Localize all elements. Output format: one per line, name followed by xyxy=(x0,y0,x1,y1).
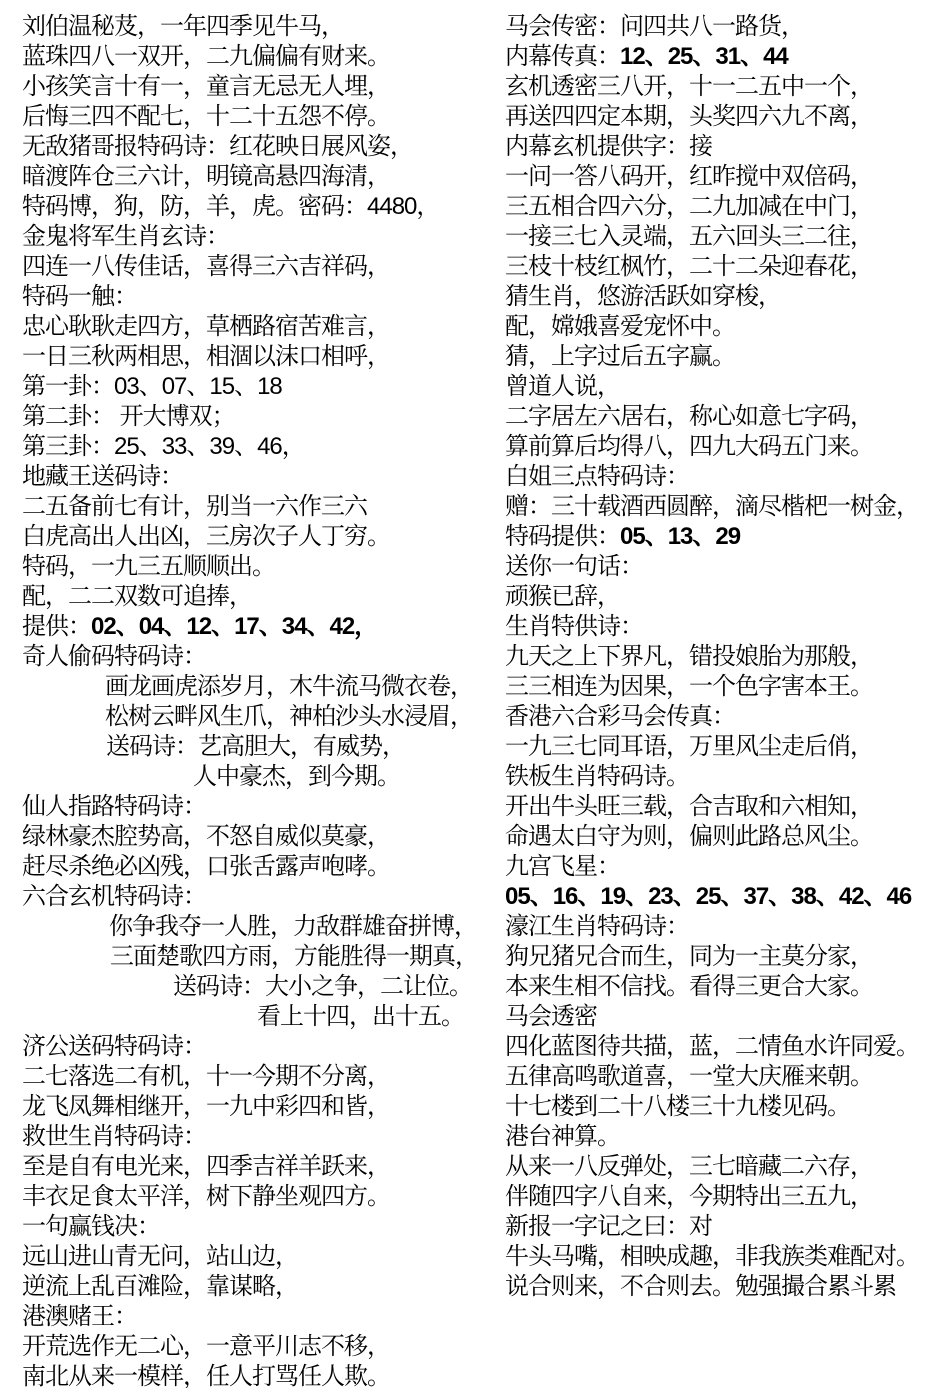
text-segment: 一接三七入灵端，五六回头三二往， xyxy=(505,223,873,250)
text-line: 配，二二双数可追捧， xyxy=(22,582,484,612)
text-segment: 五律高鸣歌道喜，一堂大庆雁来朝。 xyxy=(505,1063,873,1090)
text-line: 人中豪杰，到今期。 xyxy=(22,762,484,792)
text-line: 白姐三点特码诗： xyxy=(505,462,930,492)
text-line: 金鬼将军生肖玄诗： xyxy=(22,222,484,252)
text-line: 赠：三十载酒西圆醉，滴尽楷杷一树金， xyxy=(505,492,930,522)
text-line: 狗兄猪兄合而生，同为一主莫分家， xyxy=(505,942,930,972)
text-segment: 逆流上乱百滩险，靠谋略， xyxy=(22,1273,298,1300)
text-segment: 远山进山青无问，站山边， xyxy=(22,1243,298,1270)
text-segment: 算前算后均得八，四九大码五门来。 xyxy=(505,433,873,460)
text-line: 济公送码特码诗： xyxy=(22,1032,484,1062)
text-segment: 六合玄机特码诗： xyxy=(22,883,206,910)
text-line: 三三相连为因果，一个色字害本王。 xyxy=(505,672,930,702)
text-segment: 画龙画虎添岁月，木牛流马微衣卷， xyxy=(105,673,473,700)
text-line: 马会传密：问四共八一路货， xyxy=(505,12,930,42)
text-segment: 蓝珠四八一双开，二九偏偏有财来。 xyxy=(22,43,390,70)
text-segment: 05、13、29 xyxy=(620,523,740,550)
text-line: 奇人偷码特码诗： xyxy=(22,642,484,672)
text-line: 一接三七入灵端，五六回头三二往， xyxy=(505,222,930,252)
text-segment: 第三卦：25、33、39、46， xyxy=(22,433,305,460)
text-line: 仙人指路特码诗： xyxy=(22,792,484,822)
text-line: 送你一句话： xyxy=(505,552,930,582)
text-line: 送码诗：艺高胆大，有威势， xyxy=(22,732,484,762)
text-segment: 送码诗：艺高胆大，有威势， xyxy=(106,733,405,760)
text-line: 刘伯温秘芨，一年四季见牛马， xyxy=(22,12,484,42)
text-segment: 香港六合彩马会传真： xyxy=(505,703,735,730)
text-line: 九天之上下界凡，错投娘胎为那般， xyxy=(505,642,930,672)
text-segment: 配，嫦娥喜爱宠怀中。 xyxy=(505,313,735,340)
text-segment: 地藏王送码诗： xyxy=(22,463,183,490)
text-line: 伴随四字八自来，今期特出三五九， xyxy=(505,1182,930,1212)
text-segment: 白虎高出人出凶，三房次子人丁穷。 xyxy=(22,523,390,550)
text-line: 说合则来，不合则去。勉强撮合累斗累 xyxy=(505,1272,930,1302)
text-segment: 从来一八反弹处，三七暗藏二六存， xyxy=(505,1153,873,1180)
text-line: 05、16、19、23、25、37、38、42、46 xyxy=(505,882,930,912)
text-segment: 一日三秋两相思，相涸以沫口相呼， xyxy=(22,343,390,370)
text-line: 蓝珠四八一双开，二九偏偏有财来。 xyxy=(22,42,484,72)
text-line: 忠心耿耿走四方，草栖路宿苦难言， xyxy=(22,312,484,342)
text-segment: 12、25、31、44 xyxy=(620,43,788,70)
text-segment: 南北从来一模样，任人打骂任人欺。 xyxy=(22,1363,390,1388)
text-segment: 看上十四，出十五。 xyxy=(257,1003,464,1030)
text-segment: 本来生相不信找。看得三更合大家。 xyxy=(505,973,873,1000)
text-segment: 至是自有电光来，四季吉祥羊跃来， xyxy=(22,1153,390,1180)
text-segment: 再送四四定本期，头奖四六九不离， xyxy=(505,103,873,130)
text-line: 二五备前七有计，别当一六作三六 xyxy=(22,492,484,522)
text-line: 送码诗：大小之争，二让位。 xyxy=(22,972,484,1002)
text-segment: 救世生肖特码诗： xyxy=(22,1123,206,1150)
text-segment: 小孩笑言十有一，童言无忌无人埋， xyxy=(22,73,390,100)
text-segment: 特码博，狗，防，羊，虎。密码：4480， xyxy=(22,193,439,220)
text-line: 远山进山青无问，站山边， xyxy=(22,1242,484,1272)
text-line: 六合玄机特码诗： xyxy=(22,882,484,912)
text-segment: 曾道人说， xyxy=(505,373,620,400)
text-line: 至是自有电光来，四季吉祥羊跃来， xyxy=(22,1152,484,1182)
text-line: 四连一八传佳话，喜得三六吉祥码， xyxy=(22,252,484,282)
text-segment: 二字居左六居右，称心如意七字码， xyxy=(505,403,873,430)
text-line: 提供：02、04、12、17、34、42， xyxy=(22,612,484,642)
text-line: 特码，一九三五顺顺出。 xyxy=(22,552,484,582)
text-line: 港澳赌王： xyxy=(22,1302,484,1332)
text-line: 三五相合四六分，二九加减在中门， xyxy=(505,192,930,222)
text-line: 十七楼到二十八楼三十九楼见码。 xyxy=(505,1092,930,1122)
text-line: 玄机透密三八开，十一二五中一个， xyxy=(505,72,930,102)
document-page: 刘伯温秘芨，一年四季见牛马，蓝珠四八一双开，二九偏偏有财来。小孩笑言十有一，童言… xyxy=(0,0,935,1388)
text-segment: 猜，上字过后五字赢。 xyxy=(505,343,735,370)
text-segment: 松树云畔风生爪，神柏沙头水浸眉， xyxy=(105,703,473,730)
text-segment: 二七落选二有机，十一今期不分离， xyxy=(22,1063,390,1090)
text-line: 命遇太白守为则，偏则此路总风尘。 xyxy=(505,822,930,852)
text-line: 二七落选二有机，十一今期不分离， xyxy=(22,1062,484,1092)
text-segment: 你争我夺一人胜，力敌群雄奋拼博， xyxy=(109,913,477,940)
text-line: 开荒选作无二心，一意平川志不移， xyxy=(22,1332,484,1362)
text-segment: 绿林豪杰腔势高，不怒自威似莫豪， xyxy=(22,823,390,850)
text-line: 曾道人说， xyxy=(505,372,930,402)
text-segment: 说合则来，不合则去。勉强撮合累斗累 xyxy=(505,1273,896,1300)
text-line: 逆流上乱百滩险，靠谋略， xyxy=(22,1272,484,1302)
text-segment: 港澳赌王： xyxy=(22,1303,137,1330)
text-segment: 送你一句话： xyxy=(505,553,643,580)
text-line: 第三卦：25、33、39、46， xyxy=(22,432,484,462)
text-line: 第二卦： 开大博双； xyxy=(22,402,484,432)
text-segment: 四连一八传佳话，喜得三六吉祥码， xyxy=(22,253,390,280)
text-segment: 送码诗：大小之争，二让位。 xyxy=(173,973,472,1000)
text-line: 三面楚歌四方雨，方能胜得一期真， xyxy=(22,942,484,972)
text-segment: 开出牛头旺三载，合吉取和六相知， xyxy=(505,793,873,820)
text-segment: 开荒选作无二心，一意平川志不移， xyxy=(22,1333,390,1360)
text-line: 特码一触： xyxy=(22,282,484,312)
text-line: 救世生肖特码诗： xyxy=(22,1122,484,1152)
text-segment: 第一卦：03、07、15、18 xyxy=(22,373,282,400)
left-column: 刘伯温秘芨，一年四季见牛马，蓝珠四八一双开，二九偏偏有财来。小孩笑言十有一，童言… xyxy=(22,12,484,1388)
text-line: 内幕传真：12、25、31、44 xyxy=(505,42,930,72)
text-line: 画龙画虎添岁月，木牛流马微衣卷， xyxy=(22,672,484,702)
text-line: 一问一答八码开，红昨搅中双倍码， xyxy=(505,162,930,192)
text-line: 绿林豪杰腔势高，不怒自威似莫豪， xyxy=(22,822,484,852)
text-line: 南北从来一模样，任人打骂任人欺。 xyxy=(22,1362,484,1388)
text-segment: 人中豪杰，到今期。 xyxy=(193,763,400,790)
text-segment: 第二卦： 开大博双； xyxy=(22,403,235,430)
text-segment: 三五相合四六分，二九加减在中门， xyxy=(505,193,873,220)
text-segment: 九宫飞星： xyxy=(505,853,620,880)
text-segment: 新报一字记之曰：对 xyxy=(505,1213,712,1240)
text-line: 濠江生肖特码诗： xyxy=(505,912,930,942)
text-segment: 济公送码特码诗： xyxy=(22,1033,206,1060)
text-segment: 仙人指路特码诗： xyxy=(22,793,206,820)
text-segment: 龙飞凤舞相继开，一九中彩四和皆， xyxy=(22,1093,390,1120)
text-line: 你争我夺一人胜，力敌群雄奋拼博， xyxy=(22,912,484,942)
text-segment: 马会透密 xyxy=(505,1003,597,1030)
text-line: 丰衣足食太平洋，树下静坐观四方。 xyxy=(22,1182,484,1212)
text-segment: 马会传密：问四共八一路货， xyxy=(505,13,804,40)
text-segment: 特码，一九三五顺顺出。 xyxy=(22,553,275,580)
text-line: 配，嫦娥喜爱宠怀中。 xyxy=(505,312,930,342)
text-segment: 三三相连为因果，一个色字害本王。 xyxy=(505,673,873,700)
text-line: 从来一八反弹处，三七暗藏二六存， xyxy=(505,1152,930,1182)
text-line: 特码提供：05、13、29 xyxy=(505,522,930,552)
text-line: 一日三秋两相思，相涸以沫口相呼， xyxy=(22,342,484,372)
text-segment: 命遇太白守为则，偏则此路总风尘。 xyxy=(505,823,873,850)
text-line: 再送四四定本期，头奖四六九不离， xyxy=(505,102,930,132)
text-line: 四化蓝图待共描，蓝，二情鱼水许同爱。 xyxy=(505,1032,930,1062)
text-line: 猜生肖，悠游活跃如穿梭， xyxy=(505,282,930,312)
text-line: 算前算后均得八，四九大码五门来。 xyxy=(505,432,930,462)
text-line: 开出牛头旺三载，合吉取和六相知， xyxy=(505,792,930,822)
text-line: 猜，上字过后五字赢。 xyxy=(505,342,930,372)
text-line: 新报一字记之曰：对 xyxy=(505,1212,930,1242)
text-segment: 丰衣足食太平洋，树下静坐观四方。 xyxy=(22,1183,390,1210)
text-segment: 赠：三十载酒西圆醉，滴尽楷杷一树金， xyxy=(505,493,919,520)
text-segment: 狗兄猪兄合而生，同为一主莫分家， xyxy=(505,943,873,970)
right-column: 马会传密：问四共八一路货，内幕传真：12、25、31、44玄机透密三八开，十一二… xyxy=(505,12,930,1302)
text-segment: 奇人偷码特码诗： xyxy=(22,643,206,670)
text-line: 港台神算。 xyxy=(505,1122,930,1152)
text-line: 本来生相不信找。看得三更合大家。 xyxy=(505,972,930,1002)
text-line: 铁板生肖特码诗。 xyxy=(505,762,930,792)
text-segment: 一句赢钱决： xyxy=(22,1213,160,1240)
text-line: 小孩笑言十有一，童言无忌无人埋， xyxy=(22,72,484,102)
text-segment: 三枝十枝红枫竹，二十二朵迎春花， xyxy=(505,253,873,280)
text-line: 暗渡阵仓三六计，明镜高悬四海清， xyxy=(22,162,484,192)
text-segment: 生肖特供诗： xyxy=(505,613,643,640)
text-segment: 白姐三点特码诗： xyxy=(505,463,689,490)
text-segment: 刘伯温秘芨，一年四季见牛马， xyxy=(22,13,344,40)
text-segment: 一问一答八码开，红昨搅中双倍码， xyxy=(505,163,873,190)
text-line: 九宫飞星： xyxy=(505,852,930,882)
text-segment: 玄机透密三八开，十一二五中一个， xyxy=(505,73,873,100)
text-segment: 特码提供： xyxy=(505,523,620,550)
text-segment: 铁板生肖特码诗。 xyxy=(505,763,689,790)
text-segment: 内幕玄机提供字：接 xyxy=(505,133,712,160)
text-segment: 特码一触： xyxy=(22,283,137,310)
text-line: 一句赢钱决： xyxy=(22,1212,484,1242)
text-segment: 提供： xyxy=(22,613,91,640)
text-segment: 暗渡阵仓三六计，明镜高悬四海清， xyxy=(22,163,390,190)
text-segment: 顽猴已辞， xyxy=(505,583,620,610)
text-segment: 配，二二双数可追捧， xyxy=(22,583,252,610)
text-segment: 一九三七同耳语，万里风尘走后俏， xyxy=(505,733,873,760)
text-line: 无敌猪哥报特码诗：红花映日展风姿， xyxy=(22,132,484,162)
text-line: 二字居左六居右，称心如意七字码， xyxy=(505,402,930,432)
text-segment: 无敌猪哥报特码诗：红花映日展风姿， xyxy=(22,133,413,160)
text-segment: 四化蓝图待共描，蓝，二情鱼水许同爱。 xyxy=(505,1033,919,1060)
text-segment: 02、04、12、17、34、42， xyxy=(91,613,377,640)
text-line: 地藏王送码诗： xyxy=(22,462,484,492)
text-line: 内幕玄机提供字：接 xyxy=(505,132,930,162)
text-line: 顽猴已辞， xyxy=(505,582,930,612)
text-line: 马会透密 xyxy=(505,1002,930,1032)
text-segment: 猜生肖，悠游活跃如穿梭， xyxy=(505,283,781,310)
text-line: 一九三七同耳语，万里风尘走后俏， xyxy=(505,732,930,762)
text-segment: 内幕传真： xyxy=(505,43,620,70)
text-segment: 忠心耿耿走四方，草栖路宿苦难言， xyxy=(22,313,390,340)
text-segment: 05、16、19、23、25、37、38、42、46 xyxy=(505,883,911,910)
text-line: 五律高鸣歌道喜，一堂大庆雁来朝。 xyxy=(505,1062,930,1092)
text-segment: 三面楚歌四方雨，方能胜得一期真， xyxy=(110,943,478,970)
text-segment: 二五备前七有计，别当一六作三六 xyxy=(22,493,367,520)
text-line: 白虎高出人出凶，三房次子人丁穷。 xyxy=(22,522,484,552)
text-line: 龙飞凤舞相继开，一九中彩四和皆， xyxy=(22,1092,484,1122)
text-segment: 港台神算。 xyxy=(505,1123,620,1150)
text-line: 三枝十枝红枫竹，二十二朵迎春花， xyxy=(505,252,930,282)
text-line: 特码博，狗，防，羊，虎。密码：4480， xyxy=(22,192,484,222)
text-segment: 金鬼将军生肖玄诗： xyxy=(22,223,229,250)
text-segment: 赶尽杀绝必凶残，口张舌露声咆哮。 xyxy=(22,853,390,880)
text-segment: 十七楼到二十八楼三十九楼见码。 xyxy=(505,1093,850,1120)
text-line: 赶尽杀绝必凶残，口张舌露声咆哮。 xyxy=(22,852,484,882)
text-segment: 牛头马嘴，相映成趣，非我族类难配对。 xyxy=(505,1243,919,1270)
text-line: 香港六合彩马会传真： xyxy=(505,702,930,732)
text-line: 牛头马嘴，相映成趣，非我族类难配对。 xyxy=(505,1242,930,1272)
text-line: 看上十四，出十五。 xyxy=(22,1002,484,1032)
text-line: 生肖特供诗： xyxy=(505,612,930,642)
text-line: 后悔三四不配七，十二十五怨不停。 xyxy=(22,102,484,132)
text-segment: 濠江生肖特码诗： xyxy=(505,913,689,940)
text-line: 松树云畔风生爪，神柏沙头水浸眉， xyxy=(22,702,484,732)
text-segment: 后悔三四不配七，十二十五怨不停。 xyxy=(22,103,390,130)
text-line: 第一卦：03、07、15、18 xyxy=(22,372,484,402)
text-segment: 伴随四字八自来，今期特出三五九， xyxy=(505,1183,873,1210)
text-segment: 九天之上下界凡，错投娘胎为那般， xyxy=(505,643,873,670)
